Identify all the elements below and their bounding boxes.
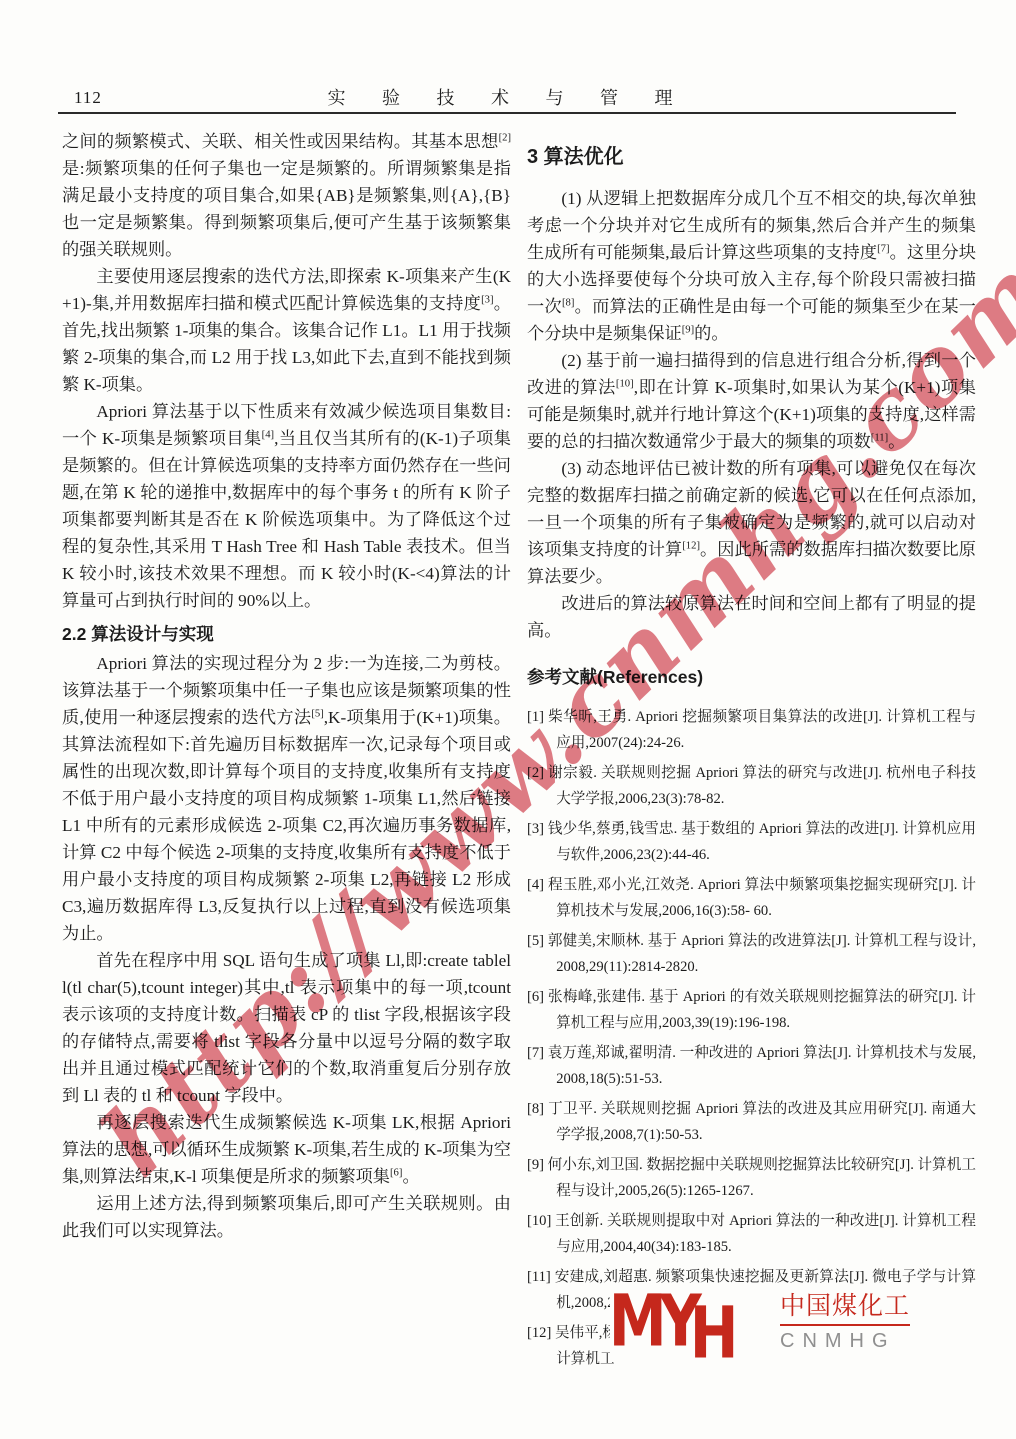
reference-item: [9] 何小东,刘卫国. 数据挖掘中关联规则挖掘算法比较研究[J]. 计算机工程… [527,1153,976,1204]
paragraph: (1) 从逻辑上把数据库分成几个互不相交的块,每次单独考虑一个分块并对它生成所有… [527,185,976,347]
paragraph: 主要使用逐层搜索的迭代方法,即探索 K-项集来产生(K+1)-集,并用数据库扫描… [62,263,511,398]
reference-item: [10] 王创新. 关联规则提取中对 Apriori 算法的一种改进[J]. 计… [527,1209,976,1260]
reference-item: [5] 郭健美,宋顺林. 基于 Apriori 算法的改进算法[J]. 计算机工… [527,929,976,980]
journal-title: 实 验 技 术 与 管 理 [0,84,1016,110]
references-heading: 参考文献(References) [527,664,976,689]
paragraph: 再逐层搜索迭代生成频繁候选 K-项集 LK,根据 Apriori 算法的思想,可… [62,1109,511,1190]
paragraph: 之间的频繁模式、关联、相关性或因果结构。其基本思想[2]是:频繁项集的任何子集也… [62,128,511,263]
left-column: 之间的频繁模式、关联、相关性或因果结构。其基本思想[2]是:频繁项集的任何子集也… [62,128,511,1244]
paragraph: 首先在程序中用 SQL 语句生成了项集 Ll,即:create tablel l… [62,947,511,1109]
paragraph: Apriori 算法基于以下性质来有效减少候选项目集数目:一个 K-项集是频繁项… [62,398,511,614]
paragraph: 改进后的算法较原算法在时间和空间上都有了明显的提高。 [527,590,976,644]
cnmhg-logo-mark-icon: MY H [612,1286,770,1360]
reference-item: [6] 张梅峰,张建伟. 基于 Apriori 的有效关联规则挖掘算法的研究[J… [527,985,976,1036]
right-column: 3 算法优化 (1) 从逻辑上把数据库分成几个互不相交的块,每次单独考虑一个分块… [527,128,976,1372]
scanned-paper-page: 112 实 验 技 术 与 管 理 之间的频繁模式、关联、相关性或因果结构。其基… [0,0,1016,1439]
reference-item: [1] 柴华昕,王勇. Apriori 挖掘频繁项目集算法的改进[J]. 计算机… [527,705,976,756]
cnmhg-logo-text: 中国煤化工 CNMHG [780,1293,910,1353]
cnmhg-logo: MY H 中国煤化工 CNMHG [610,1284,916,1362]
cnmhg-logo-en-abbr: CNMHG [780,1330,910,1353]
section-heading-3: 3 算法优化 [527,140,976,169]
paragraph: 运用上述方法,得到频繁项集后,即可产生关联规则。由此我们可以实现算法。 [62,1190,511,1244]
cnmhg-logo-cn-name: 中国煤化工 [780,1293,910,1326]
paragraph: Apriori 算法的实现过程分为 2 步:一为连接,二为剪枝。该算法基于一个频… [62,650,511,947]
reference-item: [8] 丁卫平. 关联规则挖掘 Apriori 算法的改进及其应用研究[J]. … [527,1097,976,1148]
paragraph: (3) 动态地评估已被计数的所有项集,可以避免仅在每次完整的数据库扫描之前确定新… [527,455,976,590]
reference-item: [2] 谢宗毅. 关联规则挖掘 Apriori 算法的研究与改进[J]. 杭州电… [527,761,976,812]
svg-text:H: H [690,1293,739,1360]
reference-item: [4] 程玉胜,邓小光,江效尧. Apriori 算法中频繁项集挖掘实现研究[J… [527,873,976,924]
header-rule [58,112,956,114]
reference-12-prefix: [12] 吴伟平,杨 [527,1325,617,1341]
paragraph: (2) 基于前一遍扫描得到的信息进行组合分析,得到一个改进的算法[10],即在计… [527,347,976,455]
reference-item: [7] 袁万莲,郑诚,翟明清. 一种改进的 Apriori 算法[J]. 计算机… [527,1041,976,1092]
section-heading-2-2: 2.2 算法设计与实现 [62,621,511,646]
reference-item: [3] 钱少华,蔡勇,钱雪忠. 基于数组的 Apriori 算法的改进[J]. … [527,817,976,868]
